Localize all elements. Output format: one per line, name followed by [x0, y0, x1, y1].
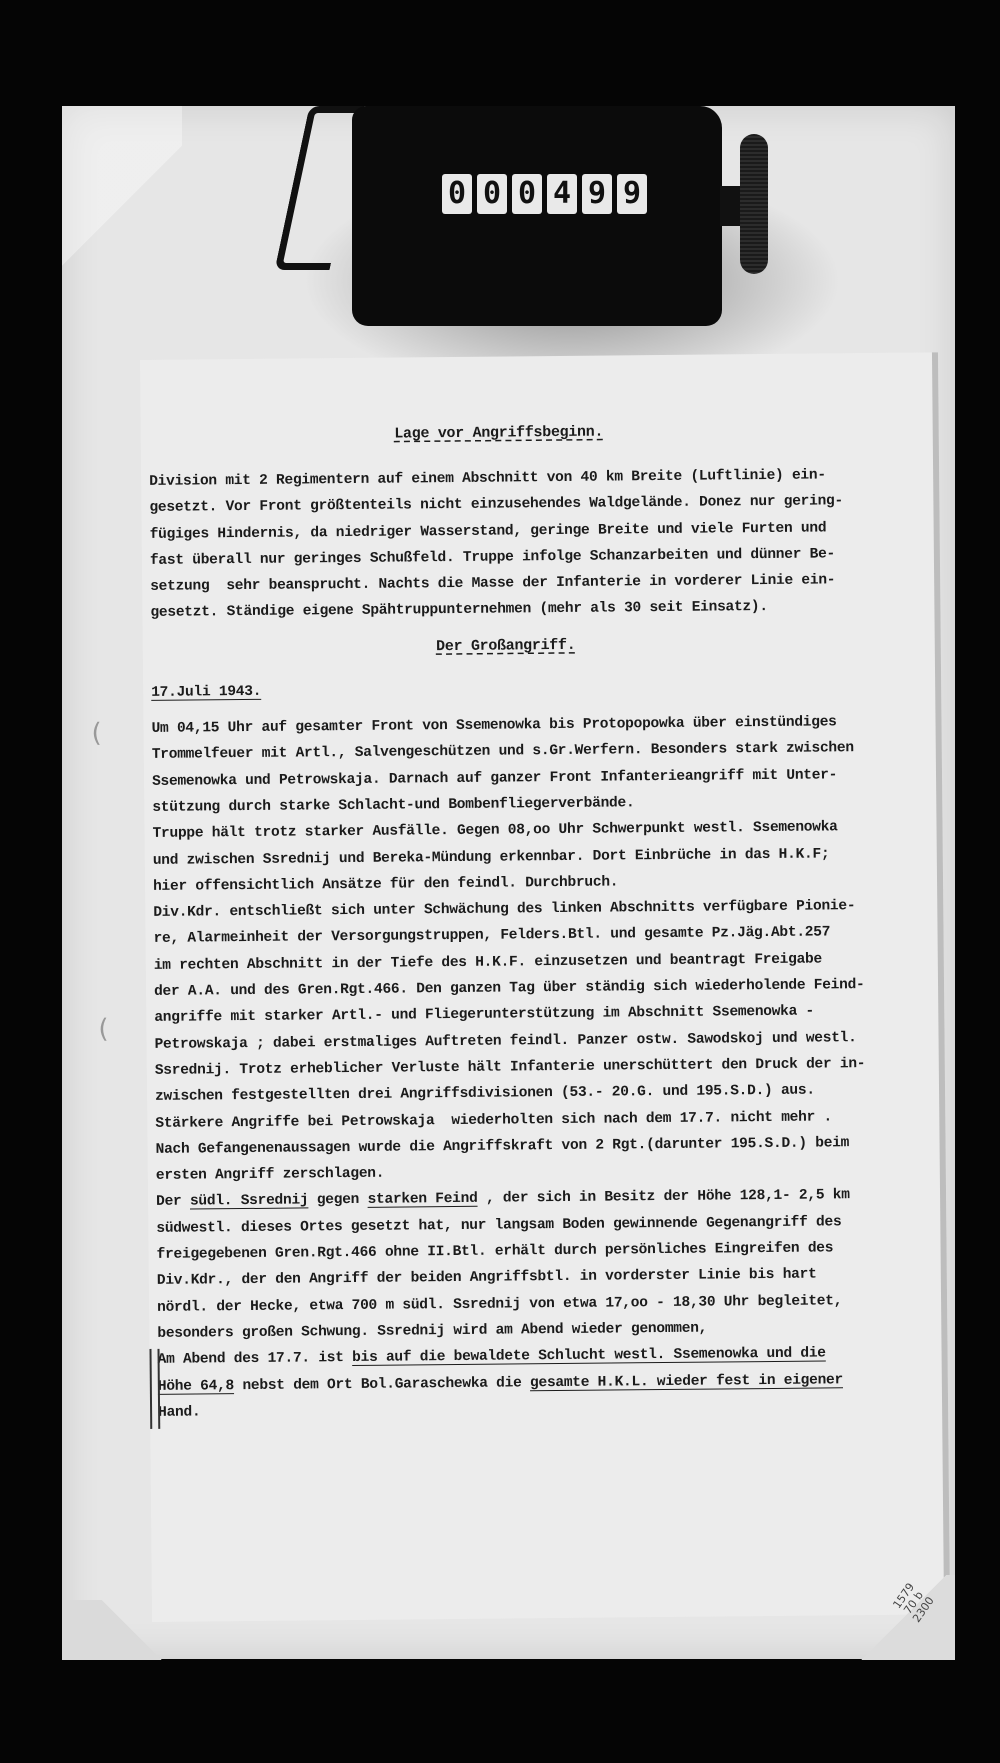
punch-hole-mark: ( [91, 718, 101, 748]
heading-situation: Lage vor Angriffsbeginn. [79, 421, 919, 446]
date-heading: 17.Juli 1943. [151, 672, 921, 706]
fold-shadow [62, 106, 182, 306]
text-span: Am Abend des 17.7. ist [158, 1350, 353, 1368]
section-situation: Division mit 2 Regimentern auf einem Abs… [149, 462, 920, 627]
handwritten-underline-span: gesamte H.K.L. wieder fest in eigener [530, 1372, 843, 1391]
counter-axle [720, 186, 742, 226]
heading-major-attack: Der Großangriff. [91, 633, 921, 658]
text-span: , der sich in Besitz der Höhe 128,1- 2,5… [477, 1188, 849, 1208]
counter-digit: 4 [547, 174, 577, 214]
handwritten-underline-span: Höhe 64,8 [158, 1378, 234, 1395]
counter-digits: 0 0 0 4 9 9 [442, 174, 647, 214]
counter-digit: 0 [477, 174, 507, 214]
counter-digit: 0 [442, 174, 472, 214]
section-evening-summary: Am Abend des 17.7. ist bis auf die bewal… [157, 1340, 928, 1426]
text-span: Der [156, 1194, 190, 1210]
counter-digit: 9 [582, 174, 612, 214]
text-span: nebst dem Ort Bol.Garaschewka die [234, 1375, 530, 1394]
counter-digit: 9 [617, 174, 647, 214]
section-counterattack: Der südl. Ssrednij gegen starken Feind ,… [156, 1182, 927, 1347]
typed-document-page: ( ( Lage vor Angriffsbeginn. Division mi… [140, 352, 950, 1622]
frame-counter-device: 0 0 0 4 9 9 [352, 106, 772, 332]
counter-digit: 0 [512, 174, 542, 214]
handwritten-underline-span: bis auf die bewaldete Schlucht westl. Ss… [352, 1346, 826, 1367]
counter-body: 0 0 0 4 9 9 [352, 106, 722, 326]
handwritten-underline-span: südl. Ssrednij [190, 1193, 309, 1210]
counter-knob [740, 134, 768, 274]
handwritten-underline-span: starken Feind [367, 1191, 477, 1208]
section-major-attack: Um 04,15 Uhr auf gesamter Front von Ssem… [151, 709, 926, 1190]
margin-double-bar [149, 1349, 160, 1429]
document-body: Lage vor Angriffsbeginn. Division mit 2 … [149, 421, 929, 1426]
text-span: gegen [308, 1192, 367, 1209]
punch-hole-mark: ( [98, 1014, 108, 1044]
